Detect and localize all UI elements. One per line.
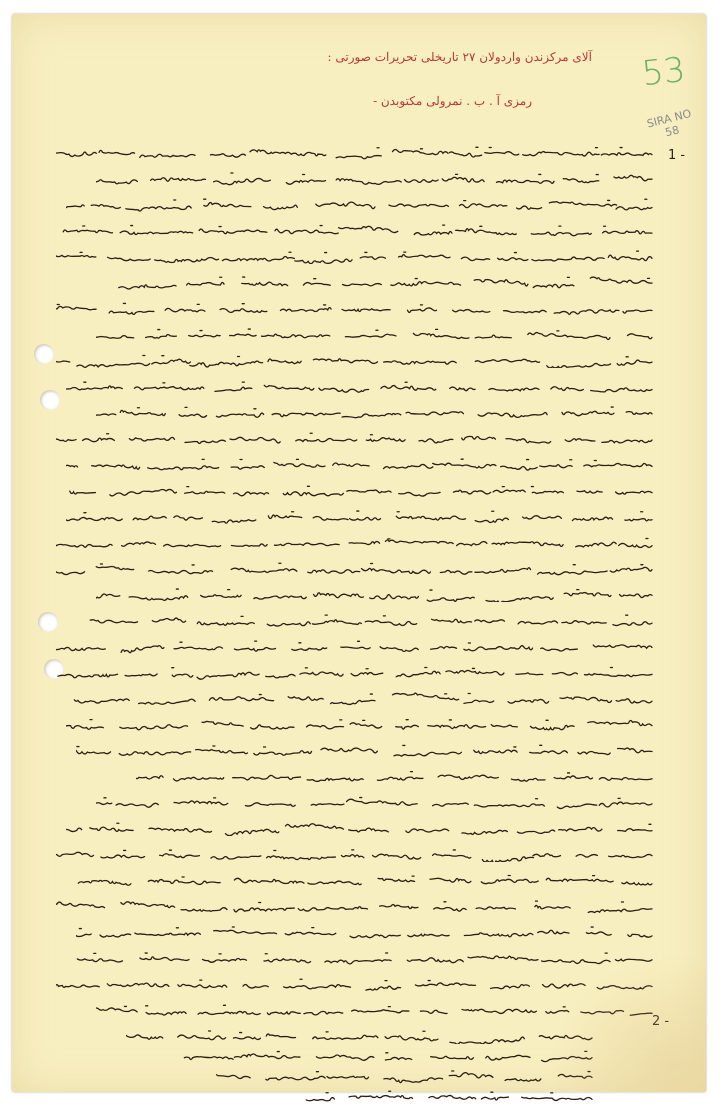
handwritten-line xyxy=(56,898,656,914)
punch-hole xyxy=(38,612,58,632)
punch-hole xyxy=(40,390,60,410)
handwritten-line xyxy=(66,378,656,394)
handwritten-line xyxy=(56,638,656,654)
handwritten-line xyxy=(56,976,656,992)
manuscript-page: 53 SIRA NO 58 آلای مرکزندن واردولان ۲۷ ت… xyxy=(12,14,706,1092)
handwritten-line xyxy=(56,560,656,576)
section-marker-1: 1 - xyxy=(668,148,685,163)
handwritten-line xyxy=(96,586,656,602)
handwritten-line xyxy=(126,1028,596,1044)
handwritten-line xyxy=(96,794,656,810)
handwritten-line xyxy=(56,950,656,966)
folio-number: 53 xyxy=(640,50,687,94)
handwritten-line xyxy=(56,352,656,368)
handwritten-line xyxy=(96,170,656,186)
handwritten-line xyxy=(96,1002,656,1018)
handwritten-line xyxy=(96,404,656,420)
header-line-2: رمزی آ . ب . نمرولی مکتوبدن - xyxy=(302,94,532,108)
sira-number-annotation: SIRA NO 58 xyxy=(646,107,696,143)
handwritten-line xyxy=(96,326,656,342)
handwritten-line xyxy=(56,690,656,706)
handwritten-line xyxy=(56,248,656,264)
section-marker-2: 2 - xyxy=(652,1014,669,1029)
handwritten-line xyxy=(96,274,656,290)
handwritten-line xyxy=(296,1088,596,1104)
handwritten-line xyxy=(66,716,656,732)
handwritten-line xyxy=(56,144,656,160)
handwritten-line xyxy=(56,430,656,446)
handwritten-line xyxy=(76,924,656,940)
handwritten-line xyxy=(76,742,656,758)
handwritten-line xyxy=(66,872,656,888)
handwritten-line xyxy=(56,664,656,680)
handwritten-line xyxy=(66,820,656,836)
handwritten-line xyxy=(56,846,656,862)
handwritten-line xyxy=(46,222,656,238)
handwritten-line xyxy=(66,456,656,472)
handwritten-line xyxy=(176,1048,596,1064)
handwritten-line xyxy=(66,612,656,628)
handwritten-line xyxy=(136,768,656,784)
handwritten-line xyxy=(216,1068,596,1084)
handwritten-line xyxy=(56,482,656,498)
handwritten-line xyxy=(56,300,656,316)
header-line-1: آلای مرکزندن واردولان ۲۷ تاریخلی تحریرات… xyxy=(242,50,592,64)
handwritten-line xyxy=(56,534,656,550)
punch-hole xyxy=(34,344,54,364)
handwritten-line xyxy=(66,196,656,212)
handwritten-line xyxy=(66,508,656,524)
